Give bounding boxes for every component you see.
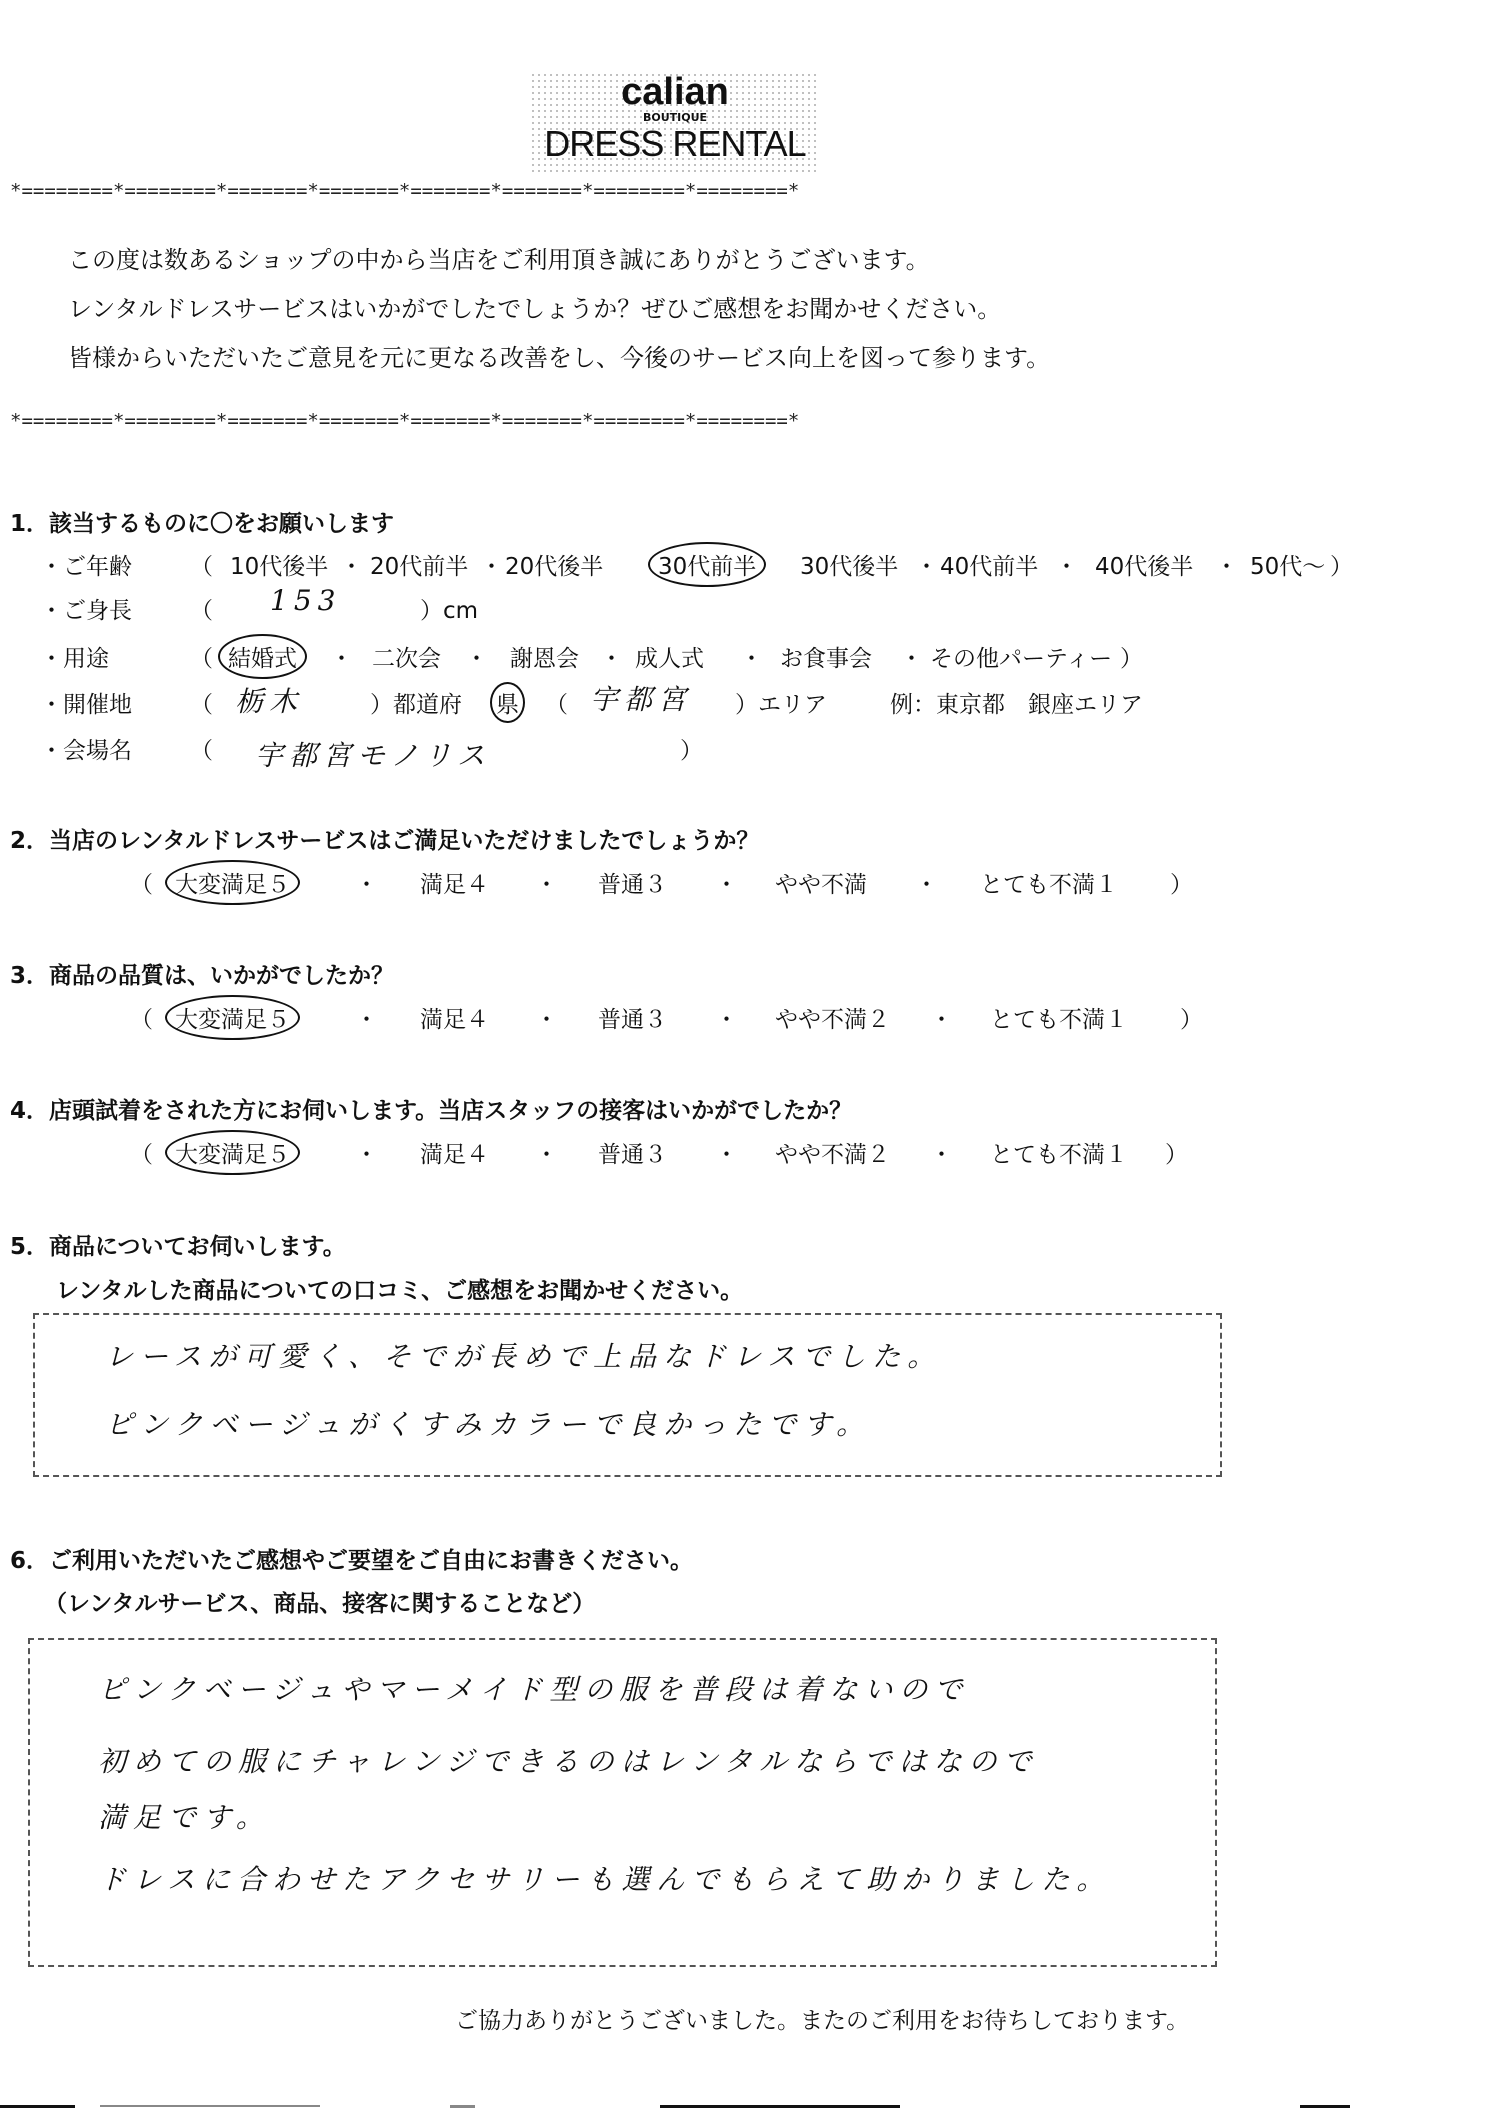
q2-option-3[interactable]: 普通３ <box>598 866 667 899</box>
footer-thanks: ご協力ありがとうございました。またのご利用をお待ちしております。 <box>455 2002 1189 2035</box>
venue-value[interactable]: 宇都宮モノリス <box>255 734 491 774</box>
q5-answer-box[interactable]: レースが可愛く、そでが長めで上品なドレスでした。 ピンクベージュがくすみカラーで… <box>33 1313 1222 1477</box>
purpose-option-afterparty[interactable]: 二次会 <box>372 640 441 673</box>
height-label: ・ご身長 <box>40 592 132 625</box>
q2-options-row: （ 大変満足５ ・ 満足４ ・ 普通３ ・ やや不満 ・ とても不満１ ） <box>130 866 1330 902</box>
location-open-paren: （ <box>190 686 213 719</box>
purpose-option-other-party[interactable]: その他パーティー <box>930 640 1112 673</box>
intro-line-3: 皆様からいただいたご意見を元に更なる改善をし、今後のサービス向上を図って参ります… <box>68 342 1050 374</box>
prefecture-type-selected[interactable]: 県 <box>490 682 525 723</box>
purpose-option-dinner[interactable]: お食事会 <box>780 640 872 673</box>
q1-height-row: ・ご身長 （ 153 ）cm <box>40 592 640 628</box>
q1-age-row: ・ご年齢 （ 10代後半 ・ 20代前半 ・ 20代後半 30代前半 30代後半… <box>40 548 1340 584</box>
age-option-50s[interactable]: 50代〜 <box>1250 548 1325 581</box>
purpose-option-wedding-selected[interactable]: 結婚式 <box>218 634 307 679</box>
dot: ・ <box>600 640 623 673</box>
q3-options-row: （ 大変満足５ ・ 満足４ ・ 普通３ ・ やや不満２ ・ とても不満１ ） <box>130 1001 1330 1037</box>
dot: ・ <box>465 640 488 673</box>
q6-answer-line-2: 初めての服にチャレンジできるのはレンタルならではなので <box>98 1740 1039 1780</box>
purpose-close-paren: ） <box>1120 640 1143 673</box>
q4-options-row: （ 大変満足５ ・ 満足４ ・ 普通３ ・ やや不満２ ・ とても不満１ ） <box>130 1136 1330 1172</box>
q4-title: 4．店頭試着をされた方にお伺いします。当店スタッフの接客はいかがでしたか？ <box>10 1092 852 1125</box>
purpose-option-thank-you-party[interactable]: 謝恩会 <box>510 640 579 673</box>
age-option-30s-early-selected[interactable]: 30代前半 <box>648 542 766 587</box>
area-open-paren: （ <box>545 686 568 719</box>
divider-top: *========*========*=======*=======*=====… <box>10 180 1320 202</box>
open-paren: （ <box>130 866 153 899</box>
q4-option-3[interactable]: 普通３ <box>598 1136 667 1169</box>
q6-answer-line-4: ドレスに合わせたアクセサリーも選んでもらえて助かりました。 <box>98 1858 1111 1898</box>
close-paren: ） <box>1180 1001 1203 1034</box>
purpose-label: ・用途 <box>40 640 109 673</box>
venue-label: ・会場名 <box>40 732 132 765</box>
age-option-40s-early[interactable]: 40代前半 <box>940 548 1038 581</box>
q6-answer-box[interactable]: ピンクベージュやマーメイド型の服を普段は着ないので 初めての服にチャレンジできる… <box>28 1638 1217 1967</box>
q2-option-2[interactable]: やや不満 <box>775 866 867 899</box>
dot: ・ <box>535 866 558 899</box>
age-option-10s-late[interactable]: 10代後半 <box>230 548 328 581</box>
page-title: DRESS RENTAL <box>530 124 820 164</box>
scan-edge-artifacts <box>0 2105 1500 2113</box>
q1-location-row: ・開催地 （ 栃木 ）都道府 県 （ 宇都宮 ）エリア 例：東京都 銀座エリア <box>40 686 1340 722</box>
q4-option-4[interactable]: 満足４ <box>420 1136 489 1169</box>
q5-subtitle: レンタルした商品についての口コミ、ご感想をお聞かせください。 <box>56 1272 743 1305</box>
q6-subtitle: （レンタルサービス、商品、接客に関することなど） <box>44 1585 595 1618</box>
q3-option-3[interactable]: 普通３ <box>598 1001 667 1034</box>
open-paren: （ <box>130 1136 153 1169</box>
age-option-40s-late[interactable]: 40代後半 <box>1095 548 1193 581</box>
close-paren: ） <box>1165 1136 1188 1169</box>
area-suffix: ）エリア <box>735 686 827 719</box>
venue-close-paren: ） <box>680 732 703 765</box>
q3-option-5-selected[interactable]: 大変満足５ <box>165 995 300 1040</box>
prefecture-value[interactable]: 栃木 <box>235 680 303 720</box>
q4-option-1[interactable]: とても不満１ <box>990 1136 1128 1169</box>
q6-title: 6．ご利用いただいたご感想やご要望をご自由にお書きください。 <box>10 1542 693 1575</box>
q3-option-1[interactable]: とても不満１ <box>990 1001 1128 1034</box>
q3-option-4[interactable]: 満足４ <box>420 1001 489 1034</box>
q4-option-2[interactable]: やや不満２ <box>775 1136 890 1169</box>
divider-bottom: *========*========*=======*=======*=====… <box>10 410 1320 432</box>
dot: ・ <box>355 1001 378 1034</box>
purpose-open-paren: （ <box>190 640 213 673</box>
height-value[interactable]: 153 <box>270 584 341 617</box>
dot: ・ <box>1215 548 1238 581</box>
brand-name: calian <box>530 72 820 112</box>
venue-open-paren: （ <box>190 732 213 765</box>
q6-answer-line-3: 満足です。 <box>98 1796 271 1836</box>
dot: ・ <box>715 1001 738 1034</box>
location-label: ・開催地 <box>40 686 132 719</box>
q2-title: 2．当店のレンタルドレスサービスはご満足いただけましたでしょうか？ <box>10 822 759 855</box>
age-option-20s-late[interactable]: 20代後半 <box>505 548 603 581</box>
q1-venue-row: ・会場名 （ 宇都宮モノリス ） <box>40 732 840 772</box>
dot: ・ <box>535 1136 558 1169</box>
q2-option-1[interactable]: とても不満１ <box>980 866 1118 899</box>
q4-option-5-selected[interactable]: 大変満足５ <box>165 1130 300 1175</box>
dot: ・ <box>915 866 938 899</box>
dot: ・ <box>330 640 353 673</box>
location-example: 例：東京都 銀座エリア <box>890 686 1143 719</box>
dot: ・ <box>355 866 378 899</box>
age-option-20s-early[interactable]: 20代前半 <box>370 548 468 581</box>
dot: ・ <box>915 548 938 581</box>
intro-line-2: レンタルドレスサービスはいかがでしたでしょうか？ぜひご感想をお聞かせください。 <box>68 293 1001 325</box>
dot: ・ <box>740 640 763 673</box>
q1-title: 1．該当するものに〇をお願いします <box>10 505 394 538</box>
dot: ・ <box>930 1136 953 1169</box>
purpose-option-coming-of-age[interactable]: 成人式 <box>635 640 704 673</box>
q5-title: 5．商品についてお伺いします。 <box>10 1228 346 1261</box>
q2-option-4[interactable]: 満足４ <box>420 866 489 899</box>
age-close-paren: ） <box>1330 548 1353 581</box>
age-open-paren: （ <box>190 548 213 581</box>
q1-purpose-row: ・用途 （ 結婚式 ・ 二次会 ・ 謝恩会 ・ 成人式 ・ お食事会 ・ その他… <box>40 640 1340 676</box>
age-label: ・ご年齢 <box>40 548 132 581</box>
q3-title: 3．商品の品質は、いかがでしたか？ <box>10 957 394 990</box>
age-option-30s-late[interactable]: 30代後半 <box>800 548 898 581</box>
intro-line-1: この度は数あるショップの中から当店をご利用頂き誠にありがとうございます。 <box>68 244 930 276</box>
height-open-paren: （ <box>190 592 213 625</box>
area-value[interactable]: 宇都宮 <box>590 678 692 718</box>
q5-answer-line-2: ピンクベージュがくすみカラーで良かったです。 <box>105 1403 871 1443</box>
dot: ・ <box>715 866 738 899</box>
dot: ・ <box>715 1136 738 1169</box>
dot: ・ <box>900 640 923 673</box>
dot: ・ <box>535 1001 558 1034</box>
open-paren: （ <box>130 1001 153 1034</box>
prefecture-suffix: ）都道府 <box>370 686 462 719</box>
q6-answer-line-1: ピンクベージュやマーメイド型の服を普段は着ないので <box>98 1668 969 1708</box>
dot: ・ <box>930 1001 953 1034</box>
height-unit: ）cm <box>420 592 478 625</box>
dot: ・ <box>480 548 503 581</box>
q5-answer-line-1: レースが可愛く、そでが長めで上品なドレスでした。 <box>105 1335 942 1375</box>
brand-logo: calian BOUTIQUE DRESS RENTAL <box>530 72 820 172</box>
dot: ・ <box>355 1136 378 1169</box>
q3-option-2[interactable]: やや不満２ <box>775 1001 890 1034</box>
dot: ・ <box>1055 548 1078 581</box>
q2-option-5-selected[interactable]: 大変満足５ <box>165 860 300 905</box>
close-paren: ） <box>1170 866 1193 899</box>
dot: ・ <box>340 548 363 581</box>
